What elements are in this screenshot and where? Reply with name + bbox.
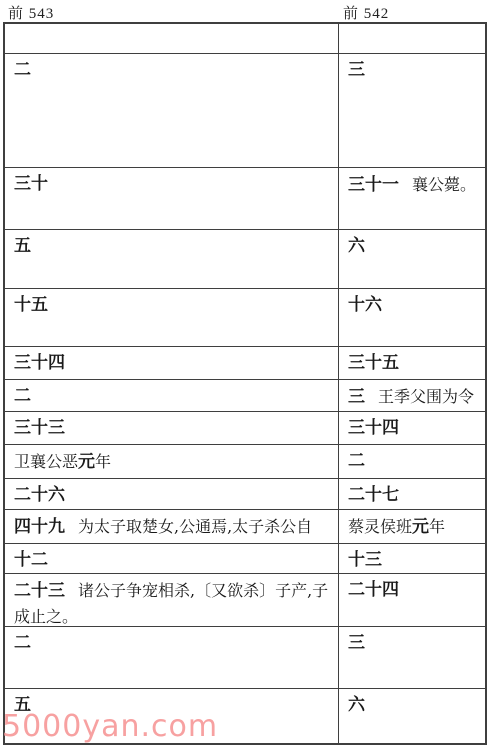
table-row: 三十三 三十四 [5, 412, 485, 445]
year-cell-542: 三 [339, 54, 485, 167]
table-row: 二 三 [5, 627, 485, 689]
year-number: 二 [14, 60, 31, 80]
table-row: 二 三 [5, 54, 485, 168]
table-row: 五 六 [5, 230, 485, 289]
year-number: 十五 [14, 295, 48, 315]
site-watermark: 5000yan.com [2, 709, 218, 744]
year-cell-542: 三 [339, 627, 485, 688]
year-cell-543: 三十 [5, 168, 339, 229]
year-cell-542 [339, 24, 485, 53]
year-cell-542: 三十五 [339, 347, 485, 379]
year-number: 元 [412, 517, 429, 537]
annotation-text: 蔡灵侯班 [348, 517, 412, 536]
event-note: 襄公薨。 [412, 175, 476, 194]
year-number: 三十五 [348, 353, 399, 373]
table-row: 二十六 二十七 [5, 479, 485, 510]
table-row: 二 三王季父围为令尹。 [5, 380, 485, 412]
year-cell-543: 三十三 [5, 412, 339, 444]
year-cell-542: 二 [339, 445, 485, 478]
year-number: 三 [348, 633, 365, 653]
year-number: 二十七 [348, 485, 399, 505]
year-number: 二十三 [14, 581, 65, 601]
year-number: 六 [348, 236, 365, 256]
year-cell-542: 十三 [339, 544, 485, 573]
year-cell-543: 二 [5, 627, 339, 688]
year-cell-543: 二十六 [5, 479, 339, 509]
year-number: 二 [14, 633, 31, 653]
year-cell-543: 四十九为太子取楚女,公通焉,太子杀公自立。 [5, 510, 339, 543]
book-page: 前 543 前 542 二 三 三十 三十一襄公薨。 五 六 十五 十六 三十四… [0, 0, 490, 751]
year-cell-542: 六 [339, 230, 485, 288]
table-row: 十二 十三 [5, 544, 485, 574]
year-number: 三 [348, 387, 365, 407]
table-row: 二十三诸公子争宠相杀,〔又欲杀〕子产,子成止之。 二十四 [5, 574, 485, 627]
year-number: 三十一 [348, 175, 399, 195]
table-row [5, 24, 485, 54]
year-cell-543: 卫襄公恶元年 [5, 445, 339, 478]
year-cell-543 [5, 24, 339, 53]
column-year-header-543: 前 543 [8, 2, 54, 23]
year-cell-543: 三十四 [5, 347, 339, 379]
year-cell-542: 三王季父围为令尹。 [339, 380, 485, 411]
year-number: 三十三 [14, 418, 65, 438]
annotation-text: 年 [429, 517, 445, 536]
year-cell-543: 二 [5, 54, 339, 167]
year-number: 三十四 [14, 353, 65, 373]
year-number: 元 [78, 452, 95, 472]
year-number: 十六 [348, 295, 382, 315]
event-note: 王季父围为令尹。 [348, 387, 474, 411]
table-row: 卫襄公恶元年 二 [5, 445, 485, 479]
year-number: 三 [348, 60, 365, 80]
year-cell-543: 二十三诸公子争宠相杀,〔又欲杀〕子产,子成止之。 [5, 574, 339, 626]
year-number: 四十九 [14, 517, 65, 537]
year-cell-542: 二十四 [339, 574, 485, 626]
year-cell-543: 二 [5, 380, 339, 411]
year-cell-543: 五 [5, 230, 339, 288]
table-row: 三十四 三十五 [5, 347, 485, 380]
year-number: 二 [14, 386, 31, 406]
year-cell-543: 十二 [5, 544, 339, 573]
year-number: 二十四 [348, 580, 399, 600]
year-cell-542: 十六 [339, 289, 485, 346]
year-cell-542: 六 [339, 689, 485, 743]
annotation-text: 年 [95, 452, 111, 471]
year-number: 六 [348, 695, 365, 715]
year-number: 五 [14, 236, 31, 256]
year-cell-542: 三十四 [339, 412, 485, 444]
year-number: 十三 [348, 550, 382, 570]
year-number: 十二 [14, 550, 48, 570]
year-number: 三十四 [348, 418, 399, 438]
table-row: 十五 十六 [5, 289, 485, 347]
year-cell-542: 二十七 [339, 479, 485, 509]
year-number: 三十 [14, 174, 48, 194]
chronology-table: 二 三 三十 三十一襄公薨。 五 六 十五 十六 三十四 三十五 二 三王季父围… [3, 22, 487, 745]
column-year-header-542: 前 542 [343, 2, 389, 23]
table-row: 四十九为太子取楚女,公通焉,太子杀公自立。 蔡灵侯班元年 [5, 510, 485, 544]
annotation-text: 卫襄公恶 [14, 452, 78, 471]
year-number: 二十六 [14, 485, 65, 505]
year-cell-543: 十五 [5, 289, 339, 346]
year-number: 二 [348, 451, 365, 471]
year-cell-542: 三十一襄公薨。 [339, 168, 485, 229]
year-cell-542: 蔡灵侯班元年 [339, 510, 485, 543]
table-row: 三十 三十一襄公薨。 [5, 168, 485, 230]
